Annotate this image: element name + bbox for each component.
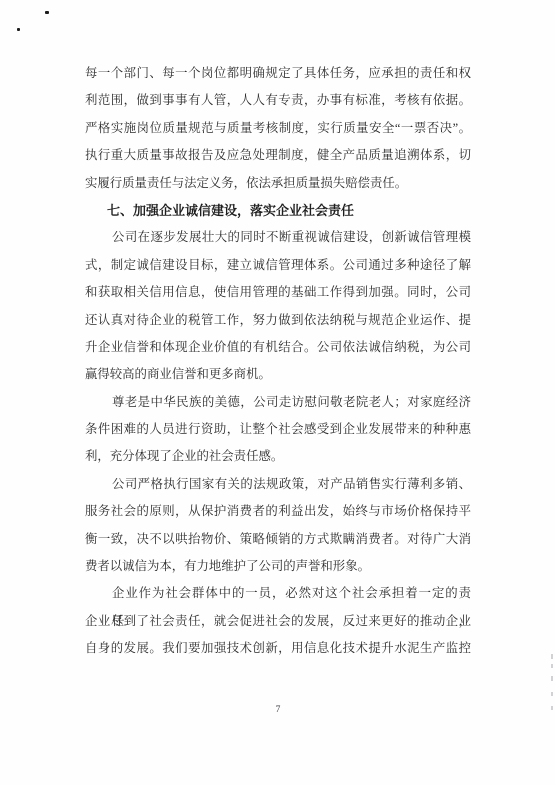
text-line: 尊老是中华民族的美德，公司走访慰问敬老院老人；对家庭经济: [85, 389, 471, 416]
section-heading: 七、加强企业诚信建设，落实企业社会责任: [85, 197, 471, 224]
text-line: 自身的发展。我们要加强技术创新，用信息化技术提升水泥生产监控: [85, 635, 471, 662]
page-number: 7: [85, 705, 471, 715]
document-page: 每一个部门、每一个岗位都明确规定了具体任务，应承担的责任和权利范围，做到事事有人…: [0, 0, 555, 785]
scan-edge-artifact: [551, 676, 553, 681]
text-line: 式，制定诚信建设目标，建立诚信管理体系。公司通过多种途径了解: [85, 252, 471, 279]
text-line: 每一个部门、每一个岗位都明确规定了具体任务，应承担的责任和权: [85, 60, 471, 87]
text-line: 公司在逐步发展壮大的同时不断重视诚信建设，创新诚信管理模: [85, 224, 471, 251]
text-line: 费者以诚信为本，有力地维护了公司的声誉和形象。: [85, 553, 471, 580]
text-line: 和获取相关信用信息，使信用管理的基础工作得到加强。同时，公司: [85, 279, 471, 306]
text-line: 严格实施岗位质量规范与质量考核制度，实行质量安全“一票否决”。: [85, 115, 471, 142]
text-line: 利范围，做到事事有人管，人人有专责，办事有标准，考核有依据。: [85, 87, 471, 114]
scan-edge-artifact: [551, 706, 553, 710]
text-line: 服务社会的原则，从保护消费者的利益出发，始终与市场价格保持平: [85, 498, 471, 525]
text-line: 赢得较高的商业信誉和更多商机。: [85, 361, 471, 388]
text-line: 实履行质量责任与法定义务，依法承担质量损失赔偿责任。: [85, 170, 471, 197]
text-line: 还认真对待企业的税管工作，努力做到依法纳税与规范企业运作、提: [85, 307, 471, 334]
text-line: 执行重大质量事故报告及应急处理制度，健全产品质量追溯体系，切: [85, 142, 471, 169]
scan-edge-artifact: [551, 664, 553, 668]
text-line: 利，充分体现了企业的社会责任感。: [85, 443, 471, 470]
text-line: 衡一致，决不以哄抬物价、策略倾销的方式欺瞒消费者。对待广大消: [85, 526, 471, 553]
scan-edge-artifact: [551, 654, 553, 659]
text-line: 企业尽到了社会责任，就会促进社会的发展，反过来更好的推动企业: [85, 608, 471, 635]
text-line: 条件困难的人员进行资助，让整个社会感受到企业发展带来的种种惠: [85, 416, 471, 443]
text-line: 企业作为社会群体中的一员，必然对这个社会承担着一定的责任，: [85, 580, 471, 607]
scan-speck-icon: [45, 11, 49, 14]
scan-edge-artifact: [551, 692, 553, 696]
scan-speck-icon: [17, 28, 20, 31]
document-body: 每一个部门、每一个岗位都明确规定了具体任务，应承担的责任和权利范围，做到事事有人…: [85, 60, 471, 663]
text-line: 公司严格执行国家有关的法规政策，对产品销售实行薄利多销、: [85, 471, 471, 498]
text-line: 升企业信誉和体现企业价值的有机结合。公司依法诚信纳税，为公司: [85, 334, 471, 361]
